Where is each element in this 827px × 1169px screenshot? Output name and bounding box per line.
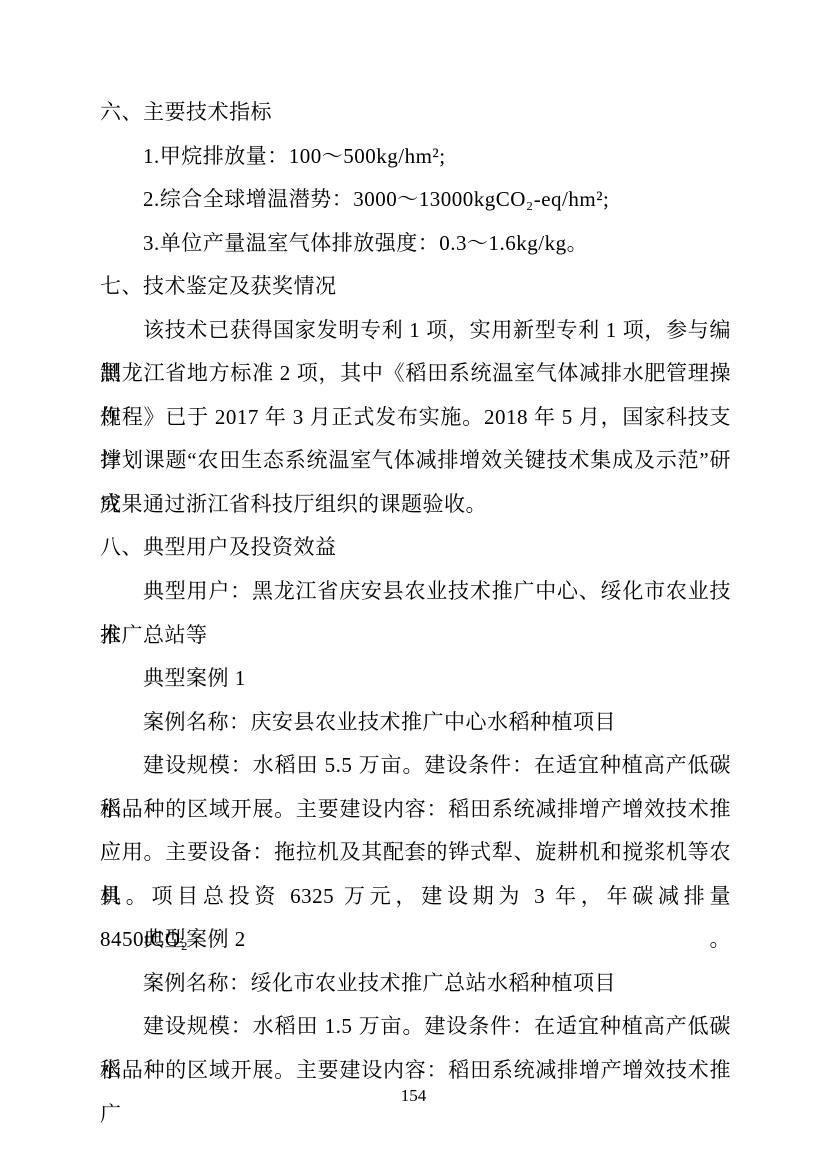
text-line: 建设规模：水稻田 5.5 万亩。建设条件：在适宜种植高产低碳水 [100, 744, 731, 788]
page-number: 154 [0, 1085, 827, 1107]
section-heading: 八、典型用户及投资效益 [100, 526, 731, 570]
text-line: 应用。主要设备：拖拉机及其配套的铧式犁、旋耕机和搅浆机等农机 [100, 831, 731, 875]
text-line: 案例名称：庆安县农业技术推广中心水稻种植项目 [100, 701, 731, 745]
text-line: 1.甲烷排放量：100～500kg/hm²; [100, 135, 731, 179]
text-line: 具。项目总投资 6325 万元，建设期为 3 年，年碳减排量 8450tCO₂。 [100, 875, 731, 919]
text-line: 典型用户：黑龙江省庆安县农业技术推广中心、绥化市农业技术 [100, 570, 731, 614]
text-line: 3.单位产量温室气体排放强度：0.3～1.6kg/kg。 [100, 222, 731, 266]
text-line: 推广总站等 [100, 614, 731, 658]
text-line: 该技术已获得国家发明专利 1 项，实用新型专利 1 项，参与编制 [100, 309, 731, 353]
text-line: 典型案例 1 [100, 657, 731, 701]
text-line: 成果通过浙江省科技厅组织的课题验收。 [100, 483, 731, 527]
document-page: 六、主要技术指标1.甲烷排放量：100～500kg/hm²;2.综合全球增温潜势… [0, 0, 827, 1169]
page-body: 六、主要技术指标1.甲烷排放量：100～500kg/hm²;2.综合全球增温潜势… [100, 91, 731, 1093]
text-line: 2.综合全球增温潜势：3000～13000kgCO₂-eq/hm²; [100, 178, 731, 222]
section-heading: 七、技术鉴定及获奖情况 [100, 265, 731, 309]
section-heading: 六、主要技术指标 [100, 91, 731, 135]
text-line: 规程》已于 2017 年 3 月正式发布实施。2018 年 5 月，国家科技支撑 [100, 396, 731, 440]
text-line: 案例名称：绥化市农业技术推广总站水稻种植项目 [100, 962, 731, 1006]
text-line: 黑龙江省地方标准 2 项，其中《稻田系统温室气体减排水肥管理操作 [100, 352, 731, 396]
text-line: 计划课题“农田生态系统温室气体减排增效关键技术集成及示范”研究 [100, 439, 731, 483]
text-line: 建设规模：水稻田 1.5 万亩。建设条件：在适宜种植高产低碳水 [100, 1005, 731, 1049]
text-line: 稻品种的区域开展。主要建设内容：稻田系统减排增产增效技术推广 [100, 788, 731, 832]
